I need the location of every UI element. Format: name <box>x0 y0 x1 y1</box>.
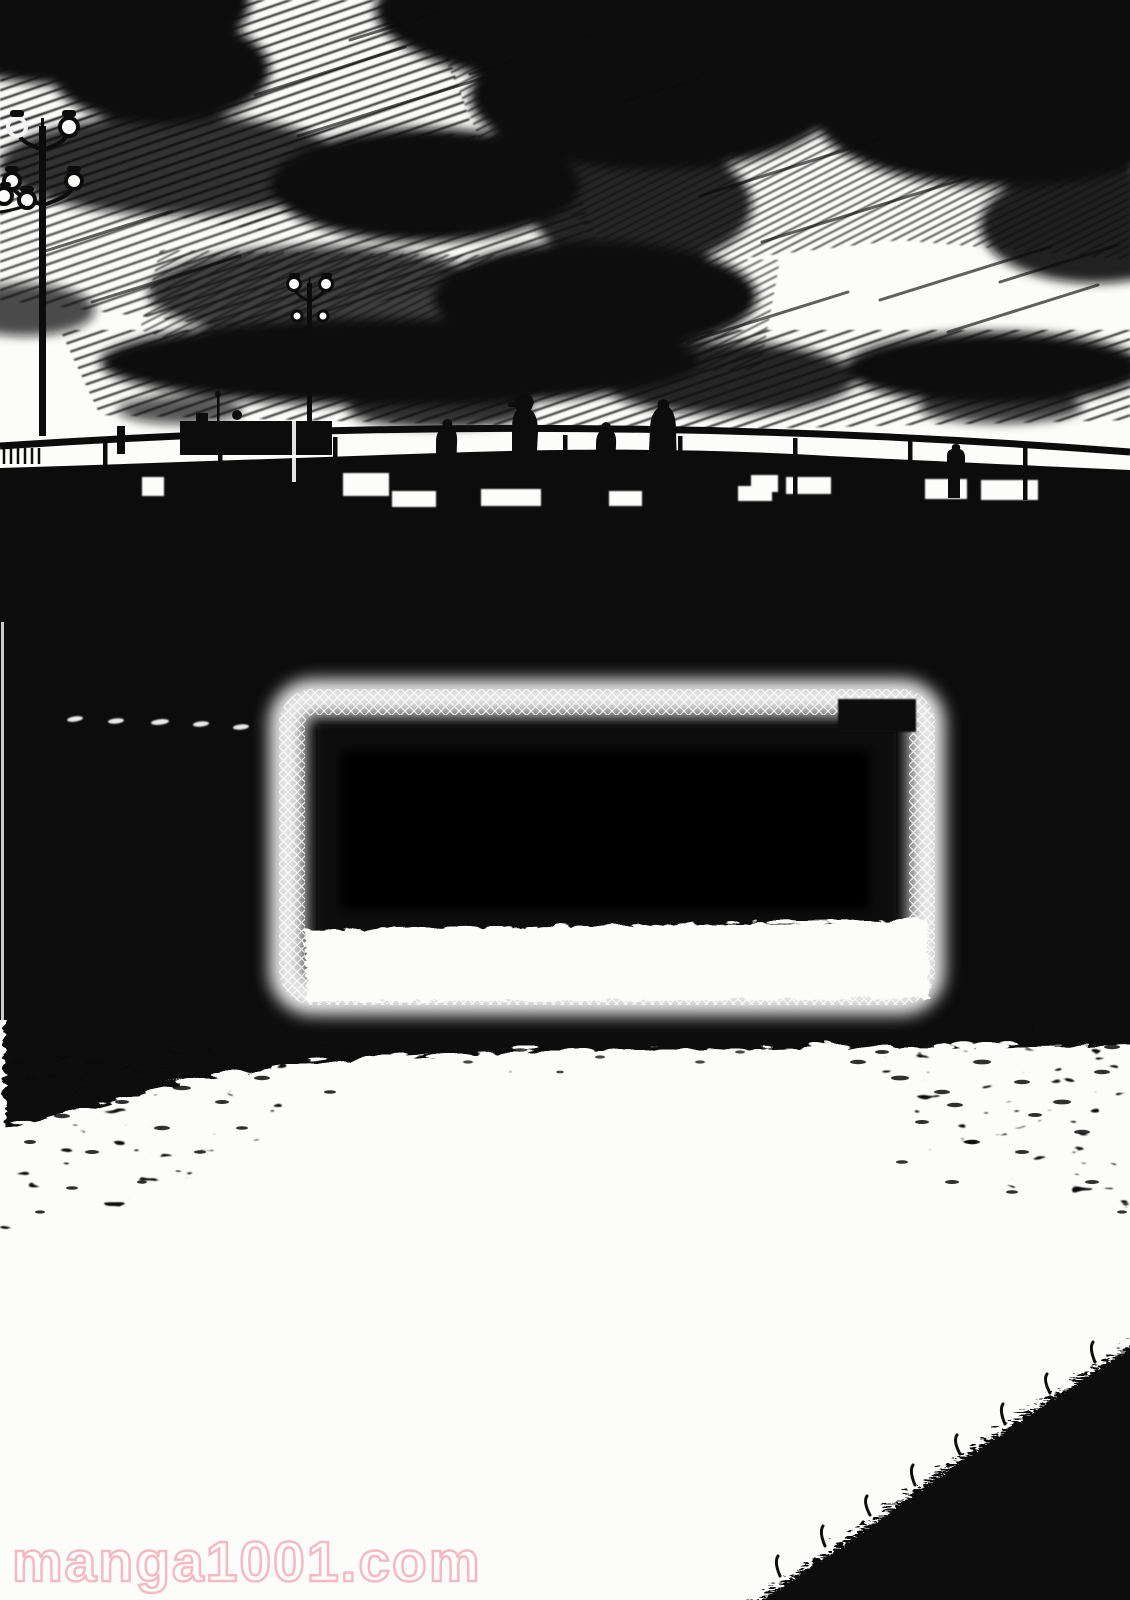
manga-page: manga1001.com <box>0 0 1130 1600</box>
watermark-text: manga1001.com <box>12 1530 482 1594</box>
water-surface <box>0 1026 1130 1240</box>
water-reflection-speckles <box>0 1026 1130 1240</box>
underpass-top-notch <box>838 699 916 732</box>
grass-bank <box>742 1336 1130 1600</box>
light-pole-highlight <box>292 420 296 482</box>
underpass-light-band <box>302 918 927 1000</box>
cloudy-dusk-sky <box>0 0 1130 430</box>
manga-panel: manga1001.com <box>0 0 1130 1600</box>
embankment-edge-highlight <box>1 622 4 1022</box>
